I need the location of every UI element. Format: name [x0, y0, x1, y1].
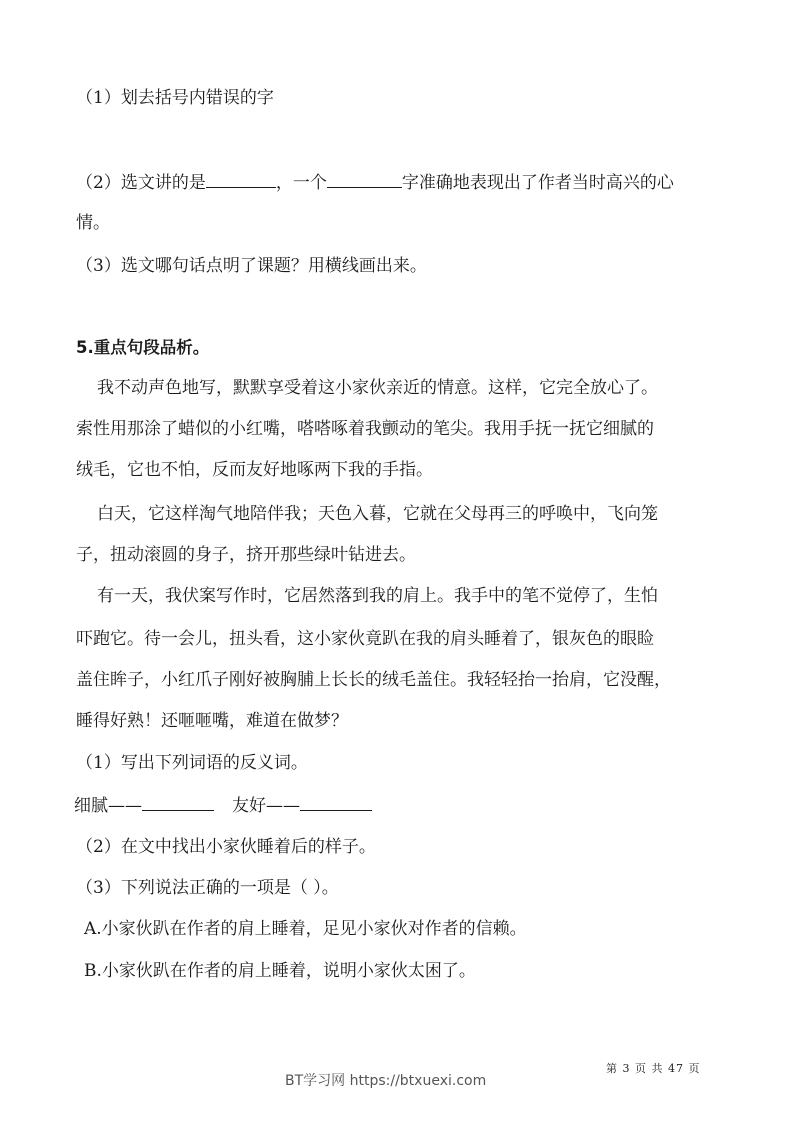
passage-line: 子，扭动滚圆的身子，挤开那些绿叶钻进去。 — [76, 544, 416, 566]
option-a[interactable]: A.小家伙趴在作者的肩上睡着，足见小家伙对作者的信赖。 — [84, 918, 527, 940]
passage-line: 有一天，我伏案写作时，它居然落到我的肩上。我手中的笔不觉停了，生怕 — [97, 585, 658, 607]
passage-line: 盖住眸子，小红爪子刚好被胸脯上长长的绒毛盖住。我轻轻抬一抬肩，它没醒， — [76, 669, 671, 691]
section-5-question-1: （1）写出下列词语的反义词。 — [76, 752, 308, 774]
answer-blank-1[interactable] — [206, 171, 276, 188]
q2-text-part2: ，一个 — [276, 173, 327, 193]
answer-blank-2[interactable] — [327, 171, 402, 188]
question-2-fill-blank: （2）选文讲的是，一个字准确地表现出了作者当时高兴的心 — [76, 171, 674, 194]
antonym-word-1: 细腻—— — [74, 796, 142, 816]
q2-text-part1: （2）选文讲的是 — [76, 173, 206, 193]
antonym-word-2: 友好—— — [232, 796, 300, 816]
option-b[interactable]: B.小家伙趴在作者的肩上睡着，说明小家伙太困了。 — [84, 960, 476, 982]
site-watermark: BT学习网 https://btxuexi.com — [285, 1070, 486, 1090]
passage-line: 绒毛，它也不怕，反而友好地啄两下我的手指。 — [76, 459, 433, 481]
question-3-underline-title-sentence: （3）选文哪句话点明了课题？用横线画出来。 — [76, 255, 427, 277]
question-1-strike-wrong-char: （1）划去括号内错误的字 — [76, 87, 274, 109]
antonym-blank-2[interactable] — [300, 794, 372, 811]
q2-text-part3: 字准确地表现出了作者当时高兴的心 — [402, 173, 674, 193]
section-5-question-2: （2）在文中找出小家伙睡着后的样子。 — [76, 836, 376, 858]
antonym-blank-1[interactable] — [142, 794, 214, 811]
section-5-question-3: （3）下列说法正确的一项是（ ）。 — [76, 877, 339, 899]
question-2-continuation: 情。 — [76, 212, 110, 234]
page-number: 第 3 页 共 47 页 — [606, 1060, 700, 1076]
passage-line: 我不动声色地写，默默享受着这小家伙亲近的情意。这样，它完全放心了。 — [97, 377, 658, 399]
passage-line: 白天，它这样淘气地陪伴我；天色入暮，它就在父母再三的呼唤中，飞向笼 — [97, 503, 658, 525]
section-5-heading: 5.重点句段品析。 — [76, 337, 209, 359]
passage-line: 吓跑它。待一会儿，扭头看，这小家伙竟趴在我的肩头睡着了，银灰色的眼睑 — [76, 628, 654, 650]
antonym-row: 细腻——友好—— — [74, 794, 372, 817]
passage-line: 睡得好熟！还咂咂嘴，难道在做梦？ — [76, 710, 348, 732]
passage-line: 索性用那涂了蜡似的小红嘴，嗒嗒啄着我颤动的笔尖。我用手抚一抚它细腻的 — [76, 418, 654, 440]
